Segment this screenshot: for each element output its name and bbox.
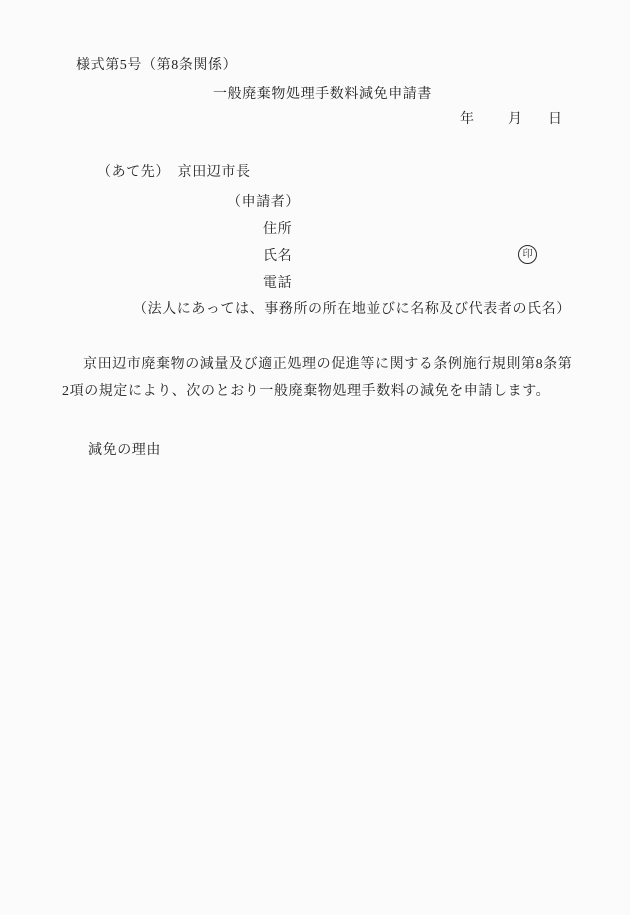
name-field-label: 氏名 <box>263 248 292 265</box>
document-title: 一般廃棄物処理手数料減免申請書 <box>213 86 432 103</box>
applicant-label: （申請者） <box>227 194 300 211</box>
date-month-label: 月 <box>508 111 523 128</box>
document-page: 様式第5号（第8条関係） 一般廃棄物処理手数料減免申請書 年 月 日 （あて先）… <box>0 0 630 915</box>
form-number: 様式第5号（第8条関係） <box>76 57 237 74</box>
body-paragraph-line-1: 京田辺市廃棄物の減量及び適正処理の促進等に関する条例施行規則第8条第 <box>83 356 572 373</box>
seal-character: 印 <box>522 249 532 259</box>
addressee-line: （あて先） 京田辺市長 <box>97 164 251 181</box>
body-paragraph-line-2: 2項の規定により、次のとおり一般廃棄物処理手数料の減免を申請します。 <box>62 383 550 400</box>
corporation-note: （法人にあっては、事務所の所在地並びに名称及び代表者の氏名） <box>133 301 571 318</box>
date-year-label: 年 <box>460 111 475 128</box>
seal-mark-icon: 印 <box>518 245 537 264</box>
phone-field-label: 電話 <box>263 275 292 292</box>
address-field-label: 住所 <box>263 221 292 238</box>
date-day-label: 日 <box>548 111 563 128</box>
reason-label: 減免の理由 <box>88 442 161 459</box>
